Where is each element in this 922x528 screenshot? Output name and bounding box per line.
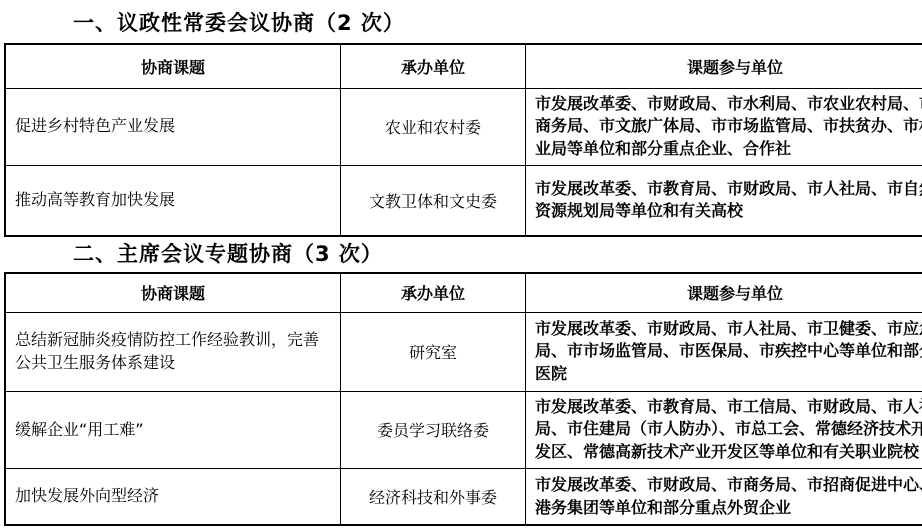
table-row: 总结新冠肺炎疫情防控工作经验教训，完善公共卫生服务体系建设 研究室 市发展改革委… — [5, 312, 922, 391]
organizer-cell: 农业和农村委 — [341, 88, 526, 165]
table-header-row: 协商课题 承办单位 课题参与单位 — [5, 273, 922, 312]
organizer-cell: 委员学习联络委 — [341, 391, 526, 468]
topic-cell: 总结新冠肺炎疫情防控工作经验教训，完善公共卫生服务体系建设 — [5, 312, 341, 391]
table-header-row: 协商课题 承办单位 课题参与单位 — [5, 44, 922, 88]
document-page: 一、议政性常委会议协商（2 次） 协商课题 承办单位 课题参与单位 促进乡村特色… — [0, 0, 922, 528]
column-header-organizer: 承办单位 — [341, 44, 526, 88]
participants-cell: 市发展改革委、市财政局、市水利局、市农业农村局、市商务局、市文旅广体局、市市场监… — [526, 88, 922, 165]
topic-cell: 缓解企业“用工难” — [5, 391, 341, 468]
topic-cell: 促进乡村特色产业发展 — [5, 88, 341, 165]
organizer-cell: 经济科技和外事委 — [341, 468, 526, 525]
column-header-participants: 课题参与单位 — [526, 273, 922, 312]
topic-cell: 加快发展外向型经济 — [5, 468, 341, 525]
table-row: 缓解企业“用工难” 委员学习联络委 市发展改革委、市教育局、市工信局、市财政局、… — [5, 391, 922, 468]
table-row: 促进乡村特色产业发展 农业和农村委 市发展改革委、市财政局、市水利局、市农业农村… — [5, 88, 922, 165]
section-1-heading: 一、议政性常委会议协商（2 次） — [0, 0, 922, 43]
participants-cell: 市发展改革委、市财政局、市商务局、市招商促进中心、港务集团等单位和部分重点外贸企… — [526, 468, 922, 525]
table-row: 加快发展外向型经济 经济科技和外事委 市发展改革委、市财政局、市商务局、市招商促… — [5, 468, 922, 525]
participants-cell: 市发展改革委、市财政局、市人社局、市卫健委、市应急局、市市场监管局、市医保局、市… — [526, 312, 922, 391]
table-row: 推动高等教育加快发展 文教卫体和文史委 市发展改革委、市教育局、市财政局、市人社… — [5, 165, 922, 236]
section-2-heading: 二、主席会议专题协商（3 次） — [0, 237, 922, 272]
column-header-organizer: 承办单位 — [341, 273, 526, 312]
organizer-cell: 文教卫体和文史委 — [341, 165, 526, 236]
participants-cell: 市发展改革委、市教育局、市工信局、市财政局、市人社局、市住建局（市人防办）、市总… — [526, 391, 922, 468]
column-header-topic: 协商课题 — [5, 44, 341, 88]
section-2-table: 协商课题 承办单位 课题参与单位 总结新冠肺炎疫情防控工作经验教训，完善公共卫生… — [4, 272, 922, 526]
organizer-cell: 研究室 — [341, 312, 526, 391]
topic-cell: 推动高等教育加快发展 — [5, 165, 341, 236]
column-header-topic: 协商课题 — [5, 273, 341, 312]
column-header-participants: 课题参与单位 — [526, 44, 922, 88]
participants-cell: 市发展改革委、市教育局、市财政局、市人社局、市自然资源规划局等单位和有关高校 — [526, 165, 922, 236]
section-1-table: 协商课题 承办单位 课题参与单位 促进乡村特色产业发展 农业和农村委 市发展改革… — [4, 43, 922, 237]
